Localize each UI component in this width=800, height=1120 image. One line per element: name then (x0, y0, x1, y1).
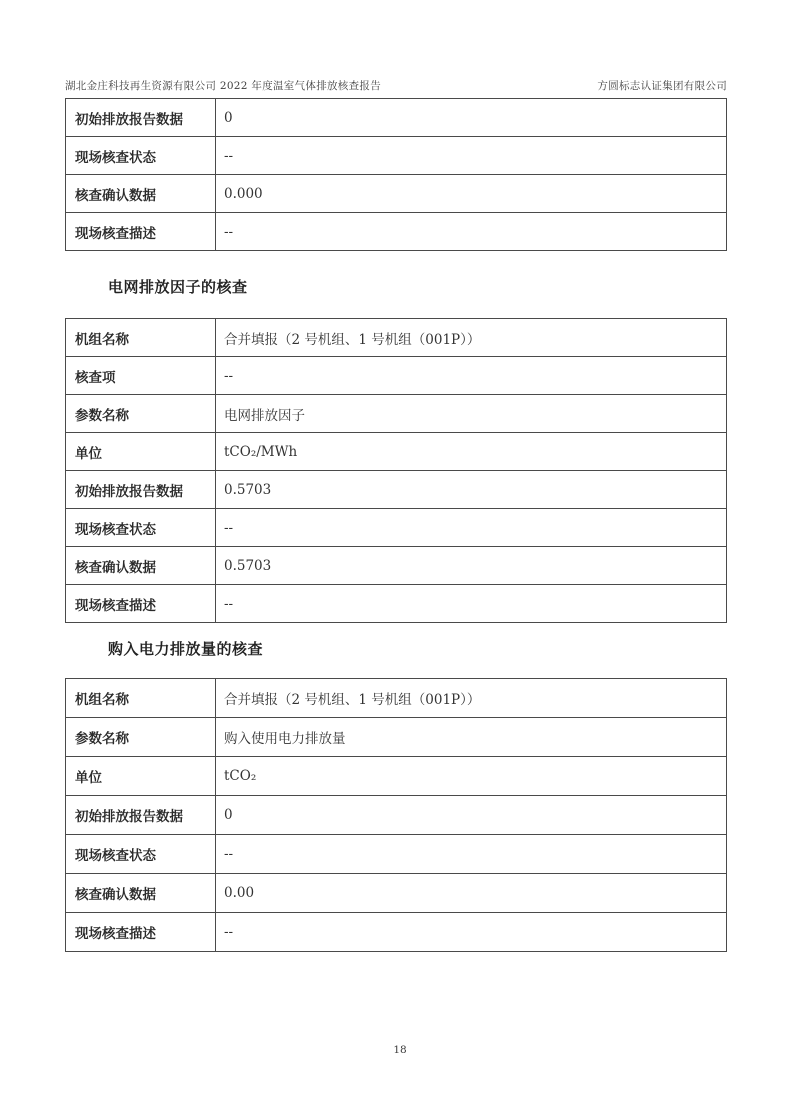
row-label: 单位 (66, 433, 216, 470)
row-label: 单位 (66, 757, 216, 795)
row-value: -- (216, 835, 726, 873)
row-value: -- (216, 213, 726, 250)
row-label: 初始排放报告数据 (66, 99, 216, 136)
page-number: 18 (0, 1044, 800, 1056)
table-row: 现场核查描述 -- (66, 913, 726, 951)
row-label: 现场核查状态 (66, 137, 216, 174)
row-value: -- (216, 509, 726, 546)
row-label: 参数名称 (66, 718, 216, 756)
row-label: 核查确认数据 (66, 547, 216, 584)
row-label: 核查确认数据 (66, 175, 216, 212)
header-report-title: 湖北金庄科技再生资源有限公司 2022 年度温室气体排放核查报告 (65, 78, 381, 93)
row-value: 0 (216, 99, 726, 136)
table-row: 现场核查描述 -- (66, 585, 726, 622)
row-value: 合并填报（2 号机组、1 号机组（001P）） (216, 319, 726, 356)
row-label: 现场核查描述 (66, 213, 216, 250)
row-value: -- (216, 137, 726, 174)
grid-emission-factor-table: 机组名称 合并填报（2 号机组、1 号机组（001P）） 核查项 -- 参数名称… (65, 318, 727, 623)
row-label: 参数名称 (66, 395, 216, 432)
table-row: 核查确认数据 0.00 (66, 874, 726, 913)
row-value: 0.5703 (216, 471, 726, 508)
table-row: 现场核查状态 -- (66, 509, 726, 547)
table-row: 单位 tCO₂ (66, 757, 726, 796)
row-label: 初始排放报告数据 (66, 796, 216, 834)
page-header: 湖北金庄科技再生资源有限公司 2022 年度温室气体排放核查报告 方圆标志认证集… (65, 78, 727, 93)
row-value: -- (216, 357, 726, 394)
row-value: 合并填报（2 号机组、1 号机组（001P）） (216, 679, 726, 717)
table-row: 现场核查状态 -- (66, 137, 726, 175)
row-label: 现场核查状态 (66, 835, 216, 873)
row-label: 现场核查描述 (66, 913, 216, 951)
section-title-grid-emission-factor: 电网排放因子的核查 (108, 276, 248, 297)
table-row: 核查确认数据 0.000 (66, 175, 726, 213)
table-row: 初始排放报告数据 0.5703 (66, 471, 726, 509)
report-page: 湖北金庄科技再生资源有限公司 2022 年度温室气体排放核查报告 方圆标志认证集… (0, 0, 800, 1120)
row-label: 初始排放报告数据 (66, 471, 216, 508)
row-value: -- (216, 585, 726, 622)
table-row: 初始排放报告数据 0 (66, 99, 726, 137)
row-value: 电网排放因子 (216, 395, 726, 432)
row-value: 购入使用电力排放量 (216, 718, 726, 756)
row-value: tCO₂ (216, 757, 726, 795)
table-row: 单位 tCO₂/MWh (66, 433, 726, 471)
verification-table-continued: 初始排放报告数据 0 现场核查状态 -- 核查确认数据 0.000 现场核查描述… (65, 98, 727, 251)
table-row: 机组名称 合并填报（2 号机组、1 号机组（001P）） (66, 679, 726, 718)
row-value: 0 (216, 796, 726, 834)
table-row: 现场核查描述 -- (66, 213, 726, 250)
header-certifier-name: 方圆标志认证集团有限公司 (597, 78, 727, 93)
table-row: 参数名称 电网排放因子 (66, 395, 726, 433)
table-row: 现场核查状态 -- (66, 835, 726, 874)
row-value: 0.00 (216, 874, 726, 912)
row-label: 核查项 (66, 357, 216, 394)
row-value: tCO₂/MWh (216, 433, 726, 470)
section-title-purchased-electricity: 购入电力排放量的核查 (108, 638, 263, 659)
table-row: 核查确认数据 0.5703 (66, 547, 726, 585)
table-row: 参数名称 购入使用电力排放量 (66, 718, 726, 757)
row-label: 核查确认数据 (66, 874, 216, 912)
row-label: 现场核查状态 (66, 509, 216, 546)
table-row: 机组名称 合并填报（2 号机组、1 号机组（001P）） (66, 319, 726, 357)
table-row: 核查项 -- (66, 357, 726, 395)
row-label: 机组名称 (66, 319, 216, 356)
row-value: 0.5703 (216, 547, 726, 584)
table-row: 初始排放报告数据 0 (66, 796, 726, 835)
row-label: 现场核查描述 (66, 585, 216, 622)
row-value: 0.000 (216, 175, 726, 212)
row-label: 机组名称 (66, 679, 216, 717)
row-value: -- (216, 913, 726, 951)
purchased-electricity-table: 机组名称 合并填报（2 号机组、1 号机组（001P）） 参数名称 购入使用电力… (65, 678, 727, 952)
